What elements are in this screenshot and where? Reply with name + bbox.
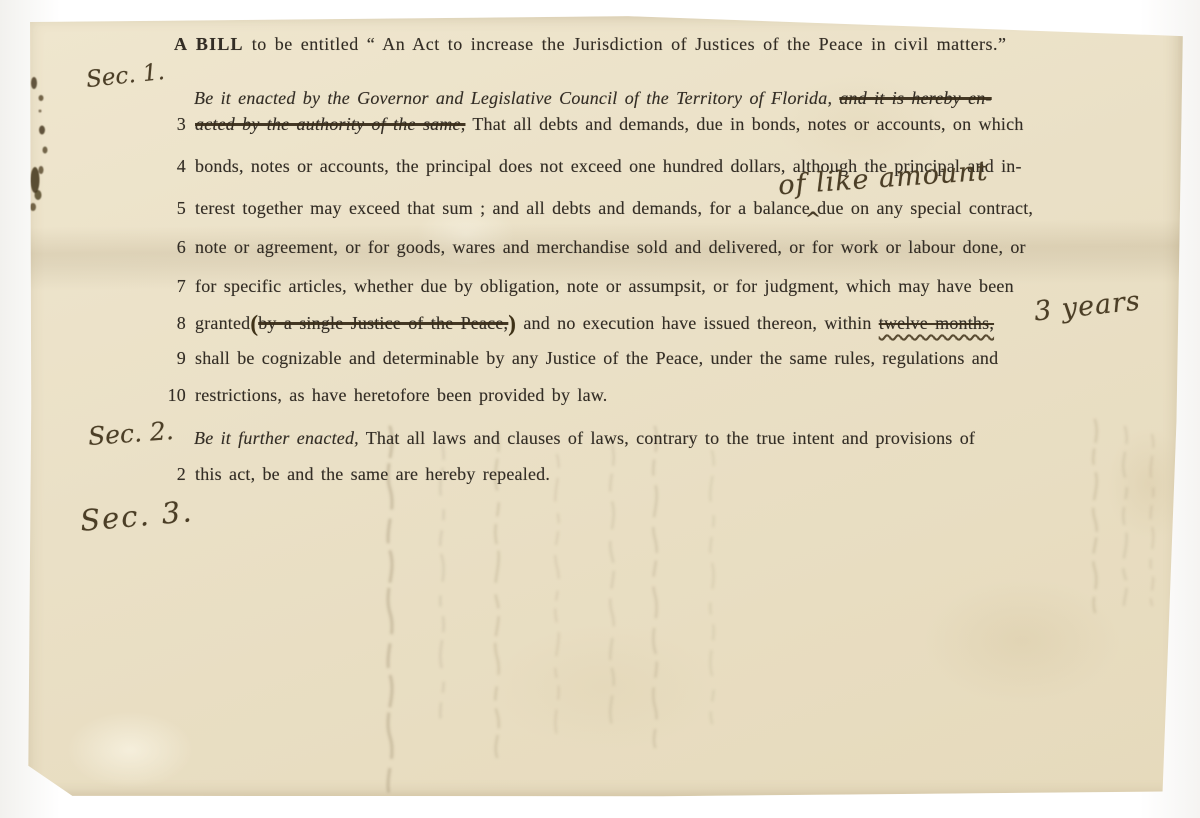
line-5-text-before: terest together may exceed that sum ; an… bbox=[195, 198, 817, 218]
document-paper: A BILL to be entitled “ An Act to increa… bbox=[26, 15, 1184, 797]
sec2-line-2-text: this act, be and the same are hereby rep… bbox=[195, 464, 550, 484]
scan-background: A BILL to be entitled “ An Act to increa… bbox=[0, 0, 1200, 818]
line-8-text-before: granted bbox=[195, 313, 250, 333]
line-number: 8 bbox=[162, 314, 186, 332]
body-line-7: 7for specific articles, whether due by o… bbox=[162, 277, 1014, 295]
ink-blots bbox=[30, 77, 48, 211]
struck-text-hereby-en: and it is hereby en- bbox=[839, 88, 991, 108]
handwritten-annotation-3-years: 3 years bbox=[1033, 286, 1143, 328]
struck-text-twelve-months: twelve months, bbox=[879, 313, 994, 333]
section-2-margin-label: Sec. 2. bbox=[87, 416, 174, 451]
section-3-margin-label: Sec. 3. bbox=[79, 494, 195, 538]
sec1-enacting-line: Be it enacted by the Governor and Legisl… bbox=[194, 89, 992, 107]
body-line-9: 9shall be cognizable and determinable by… bbox=[162, 349, 998, 367]
body-line-8: 8granted(by a single Justice of the Peac… bbox=[162, 312, 994, 335]
line-number: 6 bbox=[162, 238, 186, 256]
line-number: 9 bbox=[162, 349, 186, 367]
line-7-text: for specific articles, whether due by ob… bbox=[195, 276, 1014, 296]
struck-text-authority: acted by the authority of the same, bbox=[195, 114, 465, 134]
line-5-text-after: due on any special contract, bbox=[817, 198, 1033, 218]
line-9-text: shall be cognizable and determinable by … bbox=[195, 348, 998, 368]
sec2-line-1-text: That all laws and clauses of laws, contr… bbox=[359, 428, 975, 448]
bill-title: A BILL to be entitled “ An Act to increa… bbox=[174, 35, 1007, 53]
body-line-6: 6note or agreement, or for goods, wares … bbox=[162, 238, 1026, 256]
handwritten-close-paren: ) bbox=[508, 311, 516, 336]
bill-title-lead: A BILL bbox=[174, 34, 244, 54]
line-number: 10 bbox=[162, 386, 186, 404]
bill-title-rest: to be entitled “ An Act to increase the … bbox=[244, 34, 1007, 54]
body-line-10: 10restrictions, as have heretofore been … bbox=[162, 386, 608, 404]
struck-text-single-justice: by a single Justice of the Peace, bbox=[258, 313, 508, 333]
line-number: 4 bbox=[162, 157, 186, 175]
sec2-enacting-line: Be it further enacted, That all laws and… bbox=[194, 429, 975, 447]
enacting-clause: Be it enacted by the Governor and Legisl… bbox=[194, 88, 839, 108]
insertion-caret-mark: ^ bbox=[805, 208, 821, 230]
body-line-5: 5terest together may exceed that sum ; a… bbox=[162, 199, 1033, 217]
line-10-text: restrictions, as have heretofore been pr… bbox=[195, 385, 608, 405]
wavy-underline-wrap: twelve months, bbox=[879, 313, 994, 333]
line-3-text: That all debts and demands, due in bonds… bbox=[465, 114, 1023, 134]
sec2-body-line-2: 2this act, be and the same are hereby re… bbox=[162, 465, 550, 483]
further-enacting-clause: Be it further enacted, bbox=[194, 428, 359, 448]
line-6-text: note or agreement, or for goods, wares a… bbox=[195, 237, 1026, 257]
line-number: 3 bbox=[162, 115, 186, 133]
line-number: 7 bbox=[162, 277, 186, 295]
body-line-3: 3acted by the authority of the same, Tha… bbox=[162, 115, 1024, 133]
section-1-margin-label: Sec. 1. bbox=[85, 59, 166, 93]
line-number: 5 bbox=[162, 199, 186, 217]
line-number: 2 bbox=[162, 465, 186, 483]
line-8-text-mid: and no execution have issued thereon, wi… bbox=[516, 313, 879, 333]
